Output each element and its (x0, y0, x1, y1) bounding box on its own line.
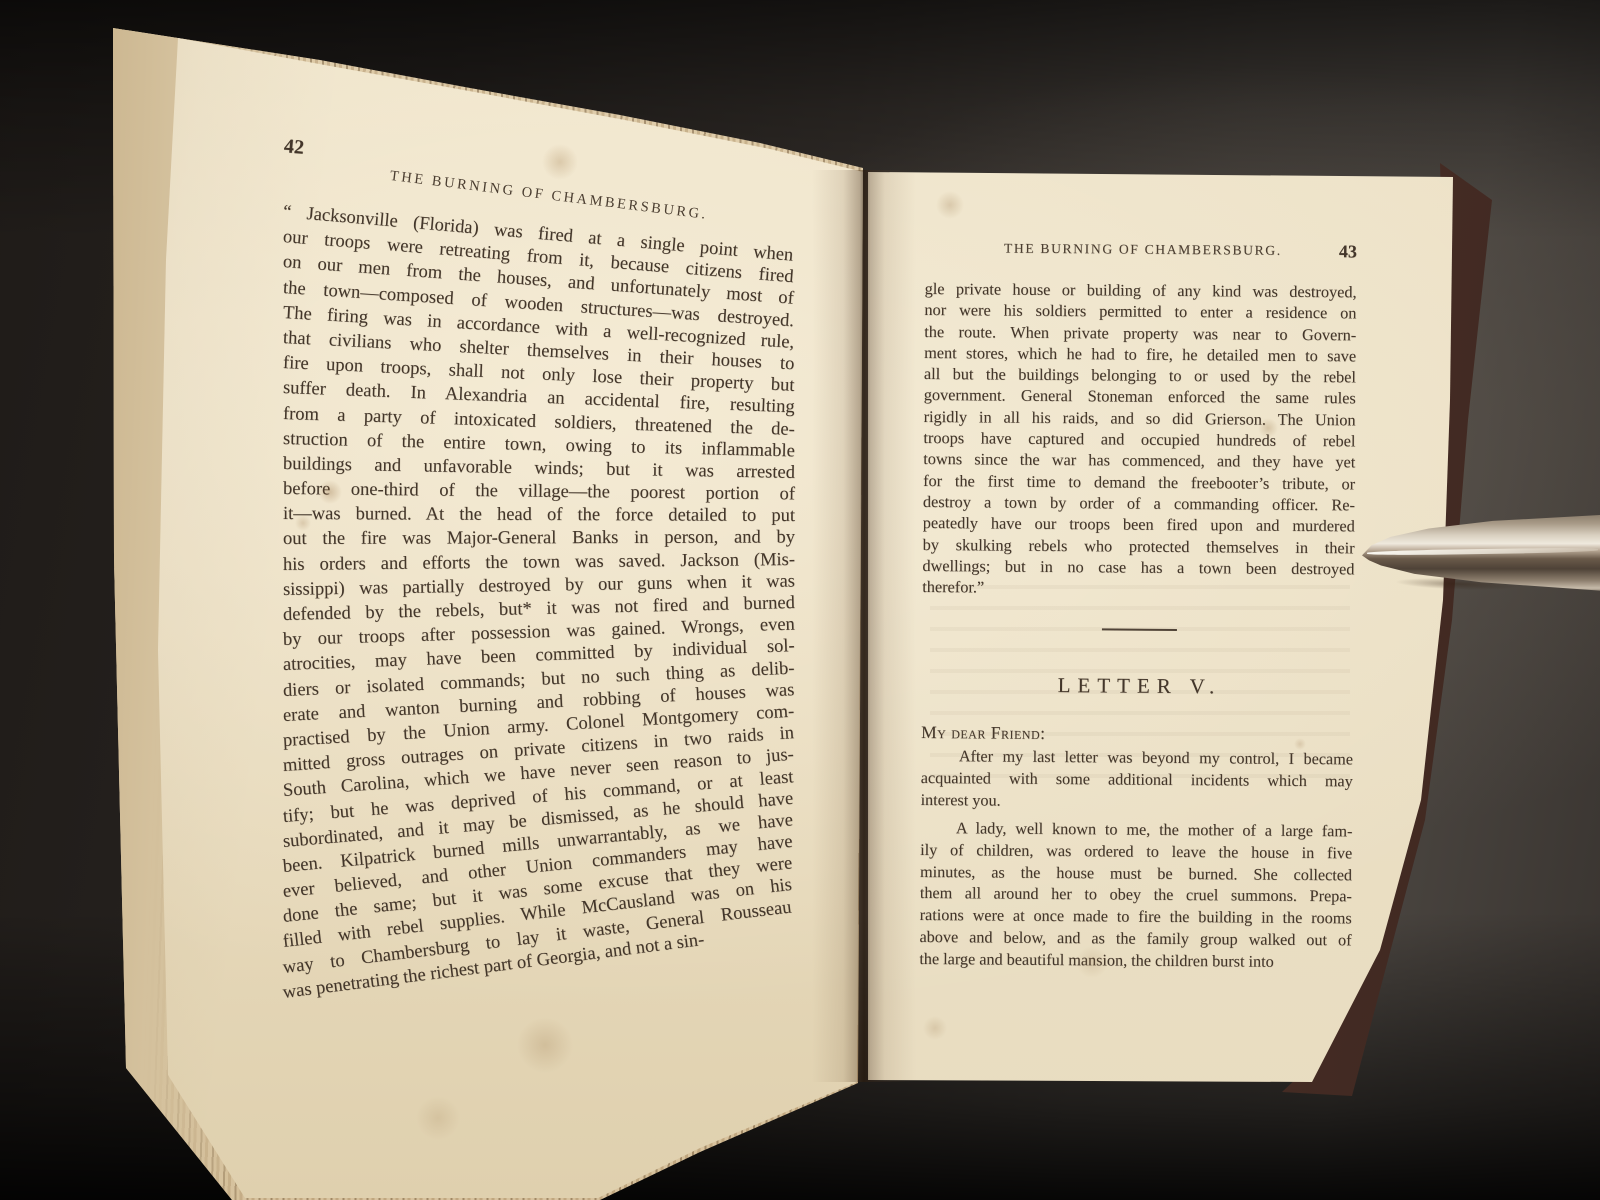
book-photo-scene: 42 THE BURNING OF CHAMBERSBURG. “ Jackso… (0, 0, 1600, 1200)
pointer-ridge-highlight (1367, 547, 1598, 556)
paper-stains (0, 0, 1600, 1200)
